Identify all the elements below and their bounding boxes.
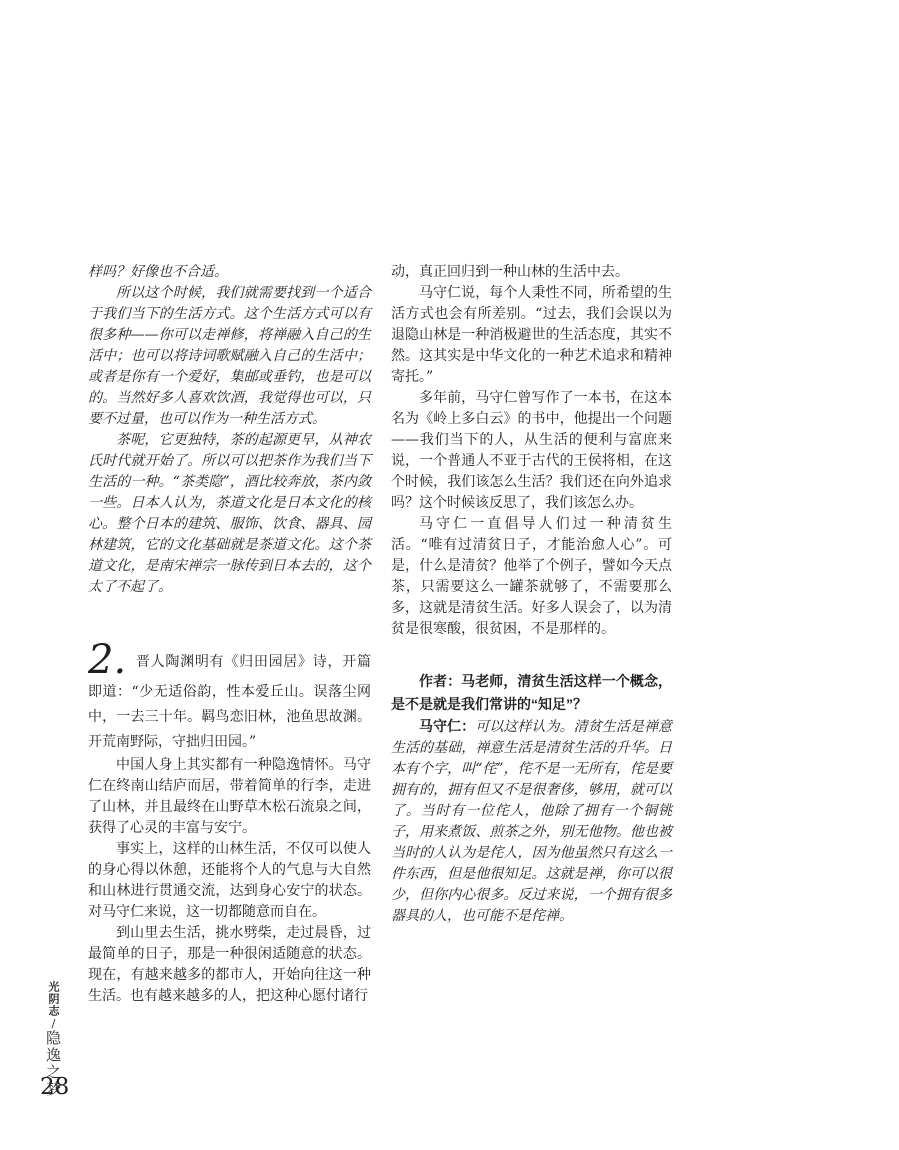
paragraph-simple-days: 到山里去生活，挑水劈柴，走过晨昏，过最简单的日子，那是一种很闲适随意的状态。现在… bbox=[88, 923, 371, 1007]
magazine-name: 光阴志 bbox=[47, 981, 60, 1017]
paragraph-qingpin: 马守仁一直倡导人们过一种清贫生活。“唯有过清贫日子，才能治愈人心”。可是，什么是… bbox=[391, 514, 672, 640]
paragraph-hermit-spirit: 中国人身上其实都有一种隐逸情怀。马守仁在终南山结庐而居，带着简单的行李，走进了山… bbox=[88, 755, 371, 839]
page-number: 28 bbox=[40, 1074, 69, 1100]
section-2-numeral: 2. bbox=[88, 637, 126, 683]
right-column: 动，真正回归到一种山林的生活中去。 马守仁说，每个人秉性不同，所希望的生活方式也… bbox=[391, 262, 672, 927]
paragraph-intro-continuation: 样吗？好像也不合适。 bbox=[88, 262, 371, 283]
paragraph-lifestyle: 所以这个时候，我们就需要找到一个适合于我们当下的生活方式。这个生活方式可以有很多… bbox=[88, 283, 371, 430]
answer-text: 可以这样认为。清贫生活是禅意生活的基础，禅意生活是清贫生活的升华。日本有个字，叫… bbox=[391, 719, 672, 924]
paragraph-difference: 马守仁说，每个人秉性不同，所希望的生活方式也会有所差别。“过去，我们会误以为退隐… bbox=[391, 283, 672, 388]
answer-speaker-label: 马守仁： bbox=[419, 718, 475, 734]
paragraph-return-continuation: 动，真正回归到一种山林的生活中去。 bbox=[391, 262, 672, 283]
section-2-lead-text: 晋人陶渊明有《归田园居》诗，开篇即道：“少无适俗韵，性本爱丘山。误落尘网中，一去… bbox=[88, 654, 371, 750]
paragraph-book: 多年前，马守仁曾写作了一本书，在这本名为《岭上多白云》的书中，他提出一个问题——… bbox=[391, 388, 672, 514]
paragraph-mountain-life: 事实上，这样的山林生活，不仅可以使人的身心得以休憩，还能将个人的气息与大自然和山… bbox=[88, 839, 371, 923]
magazine-page: 样吗？好像也不合适。 所以这个时候，我们就需要找到一个适合于我们当下的生活方式。… bbox=[0, 0, 899, 1150]
interview-question: 作者：马老师，清贫生活这样一个概念，是不是就是我们常讲的“知足”？ bbox=[391, 670, 672, 716]
label-separator: / bbox=[47, 1017, 60, 1030]
paragraph-tea: 茶呢，它更独特，茶的起源更早，从神农氏时代就开始了。所以可以把茶作为我们当下生活… bbox=[88, 430, 371, 598]
left-column: 样吗？好像也不合适。 所以这个时候，我们就需要找到一个适合于我们当下的生活方式。… bbox=[88, 262, 371, 1007]
section-2-lead: 2.晋人陶渊明有《归田园居》诗，开篇即道：“少无适俗韵，性本爱丘山。误落尘网中，… bbox=[88, 640, 371, 755]
interview-answer: 马守仁：可以这样认为。清贫生活是禅意生活的基础，禅意生活是清贫生活的升华。日本有… bbox=[391, 716, 672, 927]
